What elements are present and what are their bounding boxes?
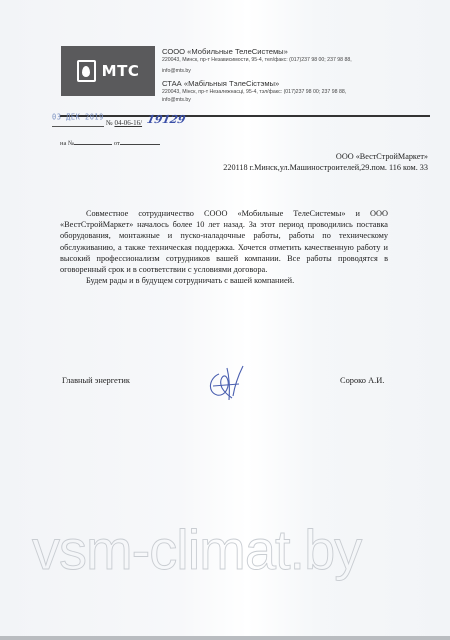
outgoing-number-label: № xyxy=(106,119,113,127)
outgoing-number-handwritten: 19129 xyxy=(146,113,187,126)
page-bottom-edge xyxy=(0,636,450,640)
letterhead-divider xyxy=(60,115,430,117)
recipient-address: 220118 г.Минск,ул.Машиностроителей,29.по… xyxy=(223,163,428,172)
outgoing-number-printed: 04-06-16/ xyxy=(114,119,142,127)
body-paragraph: Совместное сотрудничество СООО «Мобильны… xyxy=(60,208,388,275)
letter-body: Совместное сотрудничество СООО «Мобильны… xyxy=(60,208,388,286)
letter-page: МТС СООО «Мобильные ТелеСистемы» 220043,… xyxy=(0,0,450,636)
org-email-by: info@mts.by xyxy=(162,97,191,103)
logo-text: МТС xyxy=(102,62,140,80)
signer-position: Главный энергетик xyxy=(62,376,130,385)
org-email-ru: info@mts.by xyxy=(162,68,191,74)
reference-line: на № от xyxy=(60,138,160,147)
mts-logo: МТС xyxy=(61,46,155,96)
org-address-by: 220043, Мінск, пр-т Незалежнасці, 95-4, … xyxy=(162,89,346,95)
handwritten-signature-icon xyxy=(205,362,255,402)
mts-egg-icon xyxy=(77,60,96,82)
recipient-name: ООО «ВестСтройМаркет» xyxy=(336,152,428,161)
org-name-ru: СООО «Мобильные ТелеСистемы» xyxy=(162,47,288,56)
body-paragraph: Будем рады и в будущем сотрудничать с ва… xyxy=(60,275,388,286)
org-address-ru: 220043, Минск, пр-т Независимости, 95-4,… xyxy=(162,57,352,63)
signer-name: Сороко А.И. xyxy=(340,376,384,385)
outgoing-number: № 04-06-16/ xyxy=(106,119,142,127)
reference-date-blank xyxy=(120,138,160,145)
reference-number-label: на № xyxy=(60,140,74,147)
date-stamp: 03 ДЕК 2019 xyxy=(52,112,104,121)
org-name-by: СТАА «Мабільныя ТэлеСістэмы» xyxy=(162,79,279,88)
watermark: vsm-climat.by xyxy=(32,517,361,582)
reference-number-blank xyxy=(74,138,112,145)
date-underline xyxy=(52,126,104,127)
